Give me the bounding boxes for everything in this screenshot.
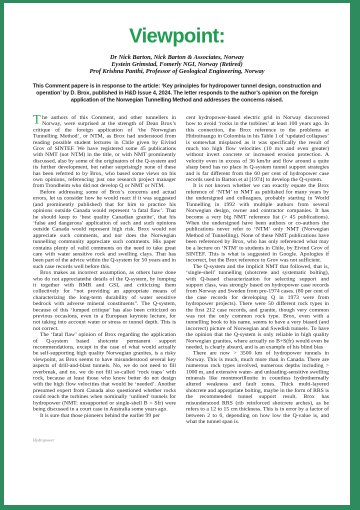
paragraph-text: he authors of this Comment, and other tu… xyxy=(33,115,176,189)
paragraph: cent hydropower-based electric grid in N… xyxy=(186,115,329,183)
paragraph: It is sure that those pioneers behind th… xyxy=(33,412,176,418)
paragraph: The authors of this Comment, and other t… xyxy=(33,115,176,189)
abstract-note: This Comment papere is in response to th… xyxy=(26,83,329,104)
page: Viewpoint: Dr Nick Barton, Nick Barton &… xyxy=(4,3,350,505)
author-line: Eystein Grimstad, Fomerly NGI, Norway (R… xyxy=(4,61,350,68)
footer-note: Hydropower xyxy=(4,425,350,443)
paragraph: Before addressing some of Brox’s concern… xyxy=(33,189,176,270)
scanned-journal-page: { "masthead": { "title": "Viewpoint:" },… xyxy=(0,0,360,510)
paragraph: It is not known whether we can exactly e… xyxy=(186,183,329,264)
body-left-column: The authors of this Comment, and other t… xyxy=(33,115,176,425)
author-line: Dr Nick Barton, Nick Barton & Associates… xyxy=(4,54,350,61)
dropcap: T xyxy=(33,115,42,126)
body-right-column: cent hydropower-based electric grid in N… xyxy=(186,115,329,425)
body-columns: The authors of this Comment, and other t… xyxy=(4,104,350,425)
author-block: Dr Nick Barton, Nick Barton & Associates… xyxy=(4,54,350,75)
author-line: Prof Krishna Panthi, Professor of Geolog… xyxy=(4,68,350,75)
paragraph: The Q-system and the implicit NMT that f… xyxy=(186,263,329,350)
paragraph: Brox makes an incorrect assumption, as o… xyxy=(33,270,176,332)
paragraph: The ‘fatal flaw’ opinion of Brox regardi… xyxy=(33,332,176,413)
paragraph: There are now > 3500 km of hydropower tu… xyxy=(186,350,329,424)
page-title: Viewpoint: xyxy=(4,25,350,48)
page-content: Viewpoint: Dr Nick Barton, Nick Barton &… xyxy=(4,3,350,505)
